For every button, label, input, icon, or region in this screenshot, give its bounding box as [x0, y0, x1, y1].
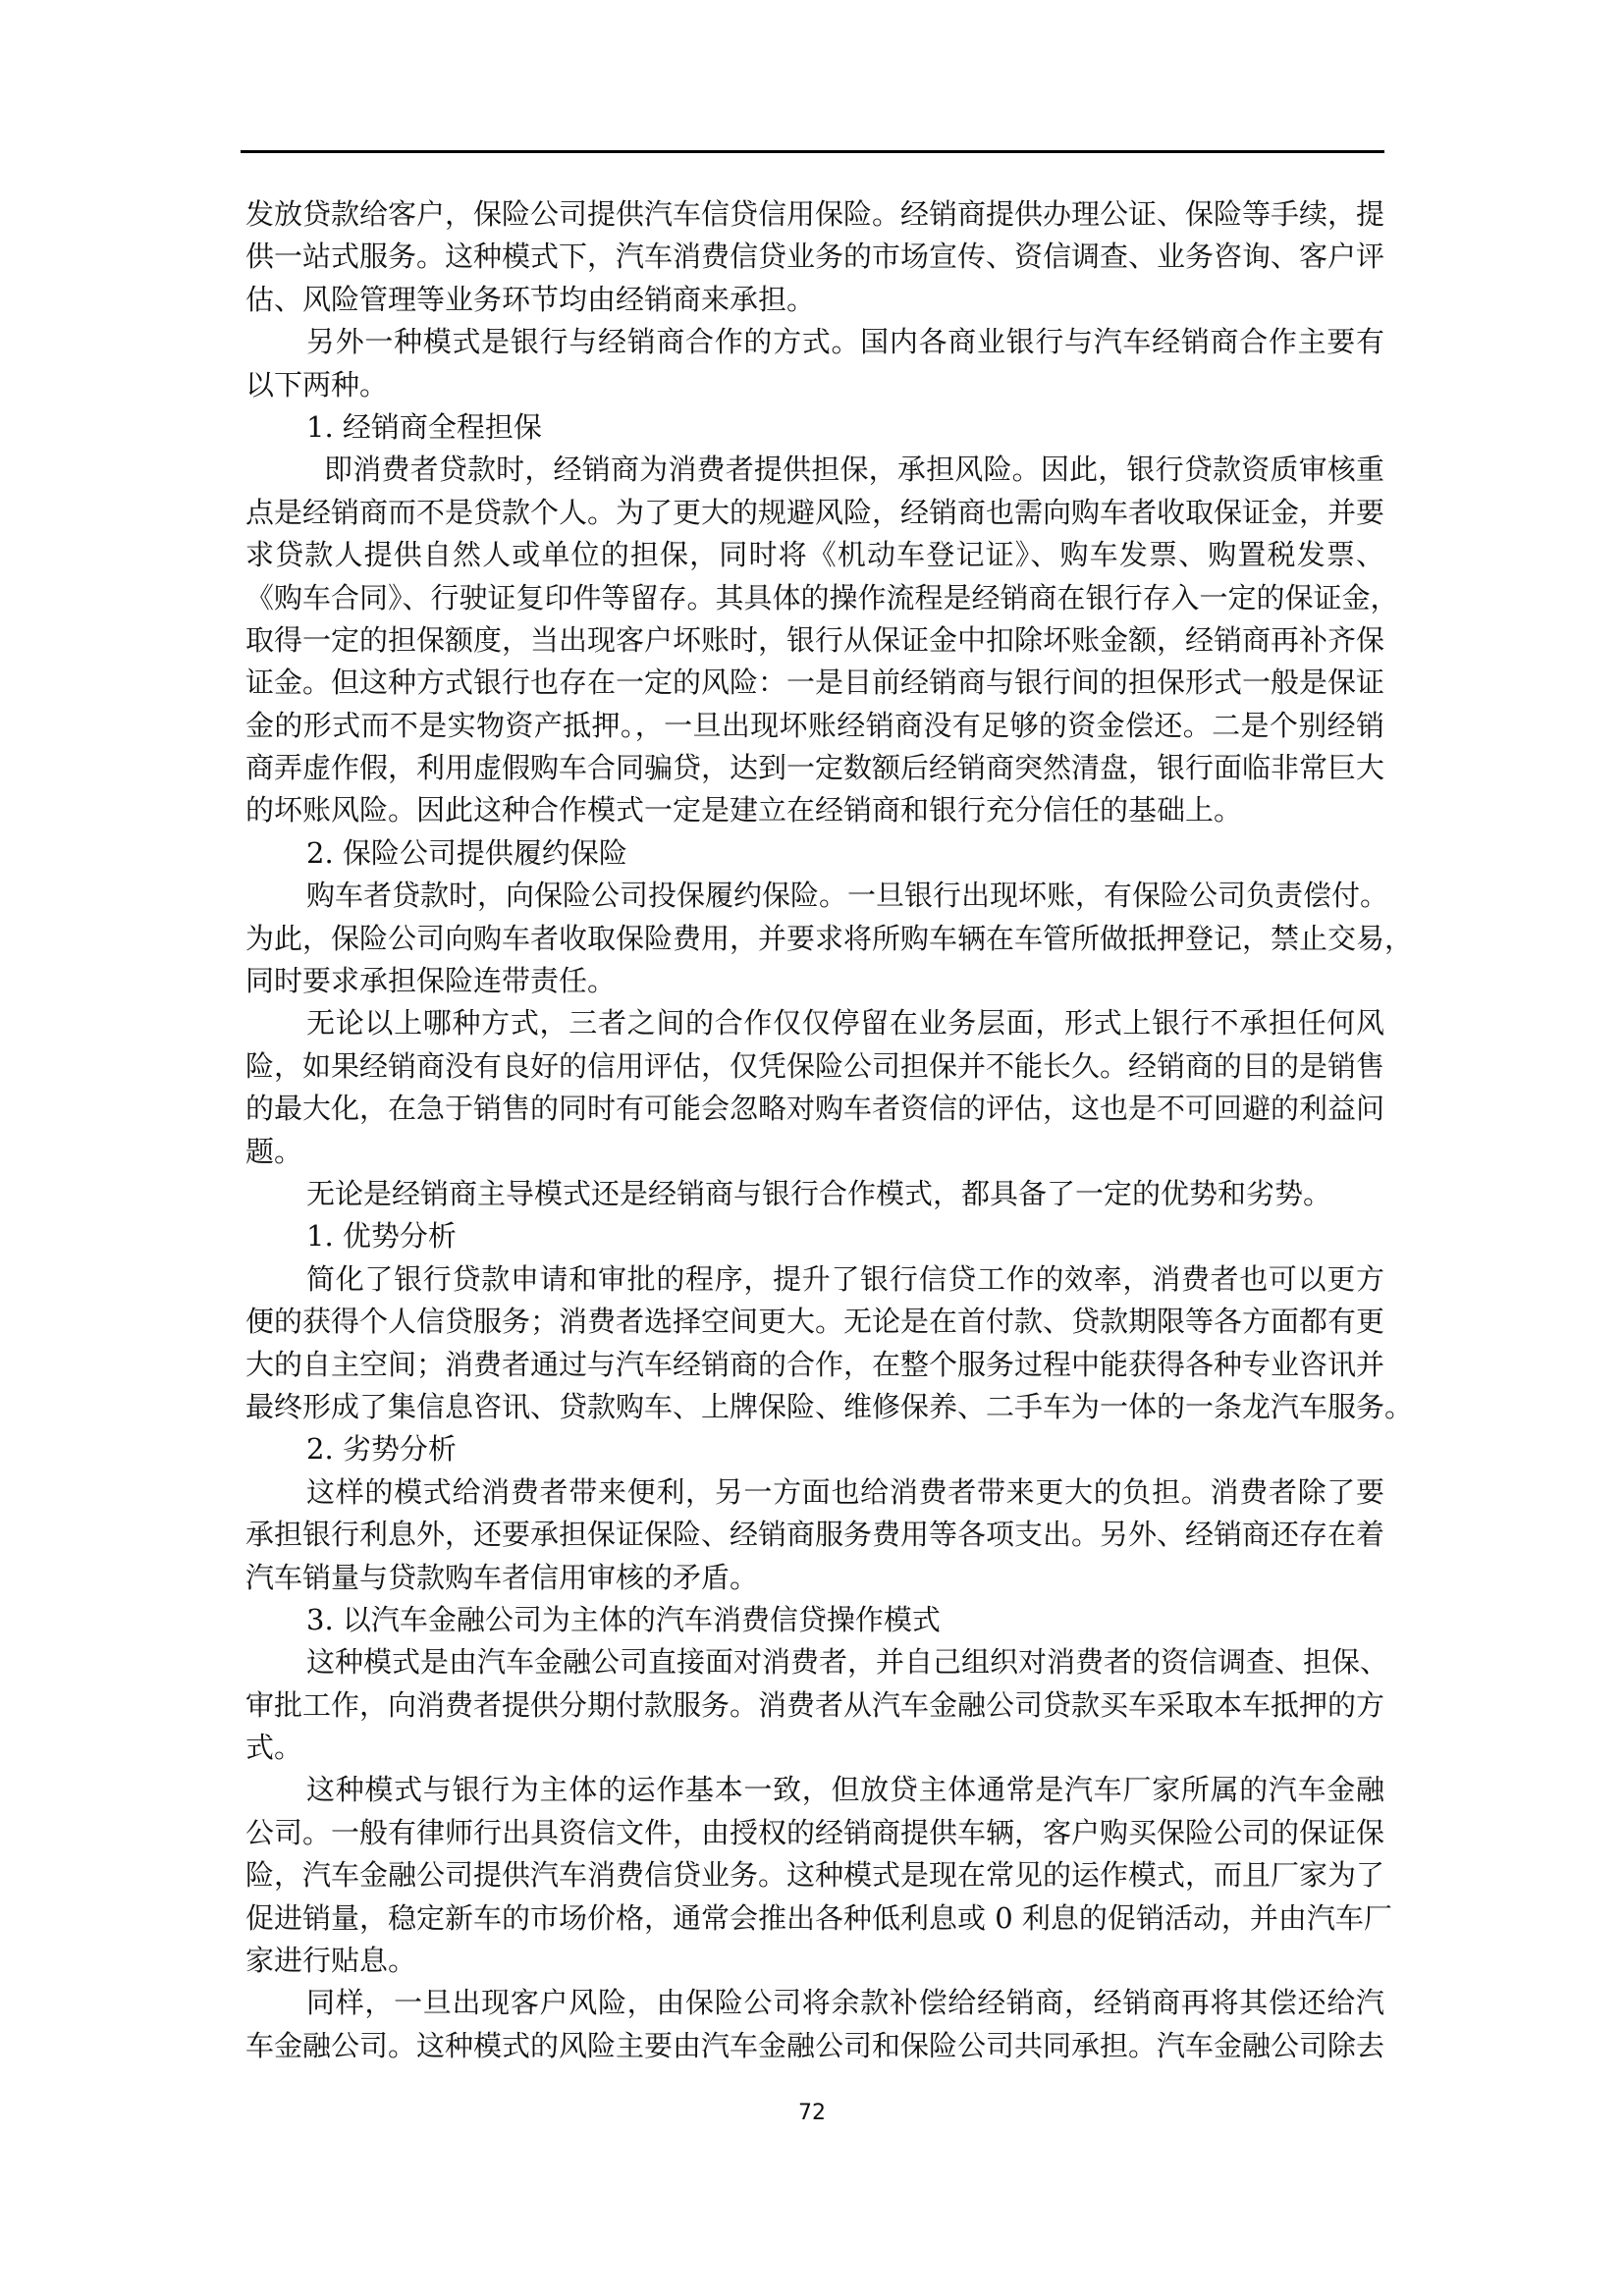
text-line: 承担银行利息外，还要承担保证保险、经销商服务费用等各项支出。另外、经销商还存在着 — [245, 1514, 1384, 1556]
text-line: 求贷款人提供自然人或单位的担保，同时将《机动车登记证》、购车发票、购置税发票、 — [245, 534, 1384, 576]
text-line: 点是经销商而不是贷款个人。为了更大的规避风险，经销商也需向购车者收取保证金，并要 — [245, 492, 1384, 534]
text-line: 以下两种。 — [245, 364, 1384, 406]
paragraph-first-line: 无论以上哪种方式，三者之间的合作仅仅停留在业务层面，形式上银行不承担任何风 — [245, 1002, 1384, 1044]
paragraph-first-line: 同样，一旦出现客户风险，由保险公司将余款补偿给经销商，经销商再将其偿还给汽 — [245, 1982, 1384, 2024]
text-line: 估、风险管理等业务环节均由经销商来承担。 — [245, 279, 1384, 321]
text-line: 的坏账风险。因此这种合作模式一定是建立在经销商和银行充分信任的基础上。 — [245, 789, 1384, 831]
section-heading: 2. 保险公司提供履约保险 — [245, 832, 1384, 875]
paragraph-first-line: 简化了银行贷款申请和审批的程序，提升了银行信贷工作的效率，消费者也可以更方 — [245, 1258, 1384, 1301]
paragraph-first-line: 这种模式与银行为主体的运作基本一致，但放贷主体通常是汽车厂家所属的汽车金融 — [245, 1769, 1384, 1811]
paragraph-first-line: 这样的模式给消费者带来便利，另一方面也给消费者带来更大的负担。消费者除了要 — [245, 1471, 1384, 1514]
text-line: 商弄虚作假，利用虚假购车合同骗贷，达到一定数额后经销商突然清盘，银行面临非常巨大 — [245, 747, 1384, 789]
text-line: 大的自主空间；消费者通过与汽车经销商的合作，在整个服务过程中能获得各种专业咨讯并 — [245, 1344, 1384, 1386]
page-number: 72 — [0, 2101, 1624, 2125]
paragraph-first-line: 这种模式是由汽车金融公司直接面对消费者，并自己组织对消费者的资信调查、担保、 — [245, 1641, 1384, 1683]
text-line: 的最大化，在急于销售的同时有可能会忽略对购车者资信的评估，这也是不可回避的利益问 — [245, 1088, 1384, 1130]
text-line: 家进行贴息。 — [245, 1940, 1384, 1982]
text-line: 证金。但这种方式银行也存在一定的风险：一是目前经销商与银行间的担保形式一般是保证 — [245, 662, 1384, 704]
text-line: 为此，保险公司向购车者收取保险费用，并要求将所购车辆在车管所做抵押登记，禁止交易… — [245, 918, 1384, 960]
section-heading: 3. 以汽车金融公司为主体的汽车消费信贷操作模式 — [245, 1599, 1384, 1641]
text-line: 供一站式服务。这种模式下，汽车消费信贷业务的市场宣传、资信调查、业务咨询、客户评 — [245, 236, 1384, 278]
text-line: 最终形成了集信息咨讯、贷款购车、上牌保险、维修保养、二手车为一体的一条龙汽车服务… — [245, 1386, 1384, 1428]
text-line: 发放贷款给客户，保险公司提供汽车信贷信用保险。经销商提供办理公证、保险等手续，提 — [245, 193, 1384, 236]
paragraph-first-line: 购车者贷款时，向保险公司投保履约保险。一旦银行出现坏账，有保险公司负责偿付。 — [245, 875, 1384, 917]
section-heading: 2. 劣势分析 — [245, 1428, 1384, 1470]
text-line: 车金融公司。这种模式的风险主要由汽车金融公司和保险公司共同承担。汽车金融公司除去 — [245, 2025, 1384, 2067]
text-line: 险，如果经销商没有良好的信用评估，仅凭保险公司担保并不能长久。经销商的目的是销售 — [245, 1045, 1384, 1088]
text-line: 金的形式而不是实物资产抵押。，一旦出现坏账经销商没有足够的资金偿还。二是个别经销 — [245, 705, 1384, 747]
text-line: 取得一定的担保额度，当出现客户坏账时，银行从保证金中扣除坏账金额，经销商再补齐保 — [245, 619, 1384, 662]
text-line: 险，汽车金融公司提供汽车消费信贷业务。这种模式是现在常见的运作模式，而且厂家为了 — [245, 1854, 1384, 1896]
text-line: 公司。一般有律师行出具资信文件，由授权的经销商提供车辆，客户购买保险公司的保证保 — [245, 1812, 1384, 1854]
document-body: 发放贷款给客户，保险公司提供汽车信贷信用保险。经销商提供办理公证、保险等手续，提… — [245, 193, 1384, 2067]
section-heading: 1. 优势分析 — [245, 1215, 1384, 1257]
paragraph-first-line: 无论是经销商主导模式还是经销商与银行合作模式，都具备了一定的优势和劣势。 — [245, 1173, 1384, 1215]
paragraph-first-line: 即消费者贷款时，经销商为消费者提供担保，承担风险。因此，银行贷款资质审核重 — [245, 449, 1384, 491]
text-line: 便的获得个人信贷服务；消费者选择空间更大。无论是在首付款、贷款期限等各方面都有更 — [245, 1301, 1384, 1343]
text-line: 题。 — [245, 1131, 1384, 1173]
text-line: 《购车合同》、行驶证复印件等留存。其具体的操作流程是经销商在银行存入一定的保证金… — [245, 577, 1384, 619]
text-line: 同时要求承担保险连带责任。 — [245, 960, 1384, 1002]
text-line: 式。 — [245, 1727, 1384, 1769]
text-line: 促进销量，稳定新车的市场价格，通常会推出各种低利息或 0 利息的促销活动，并由汽… — [245, 1897, 1384, 1940]
header-rule — [241, 150, 1384, 153]
text-line: 汽车销量与贷款购车者信用审核的矛盾。 — [245, 1557, 1384, 1599]
paragraph-first-line: 另外一种模式是银行与经销商合作的方式。国内各商业银行与汽车经销商合作主要有 — [245, 321, 1384, 363]
section-heading: 1. 经销商全程担保 — [245, 406, 1384, 449]
text-line: 审批工作，向消费者提供分期付款服务。消费者从汽车金融公司贷款买车采取本车抵押的方 — [245, 1684, 1384, 1727]
